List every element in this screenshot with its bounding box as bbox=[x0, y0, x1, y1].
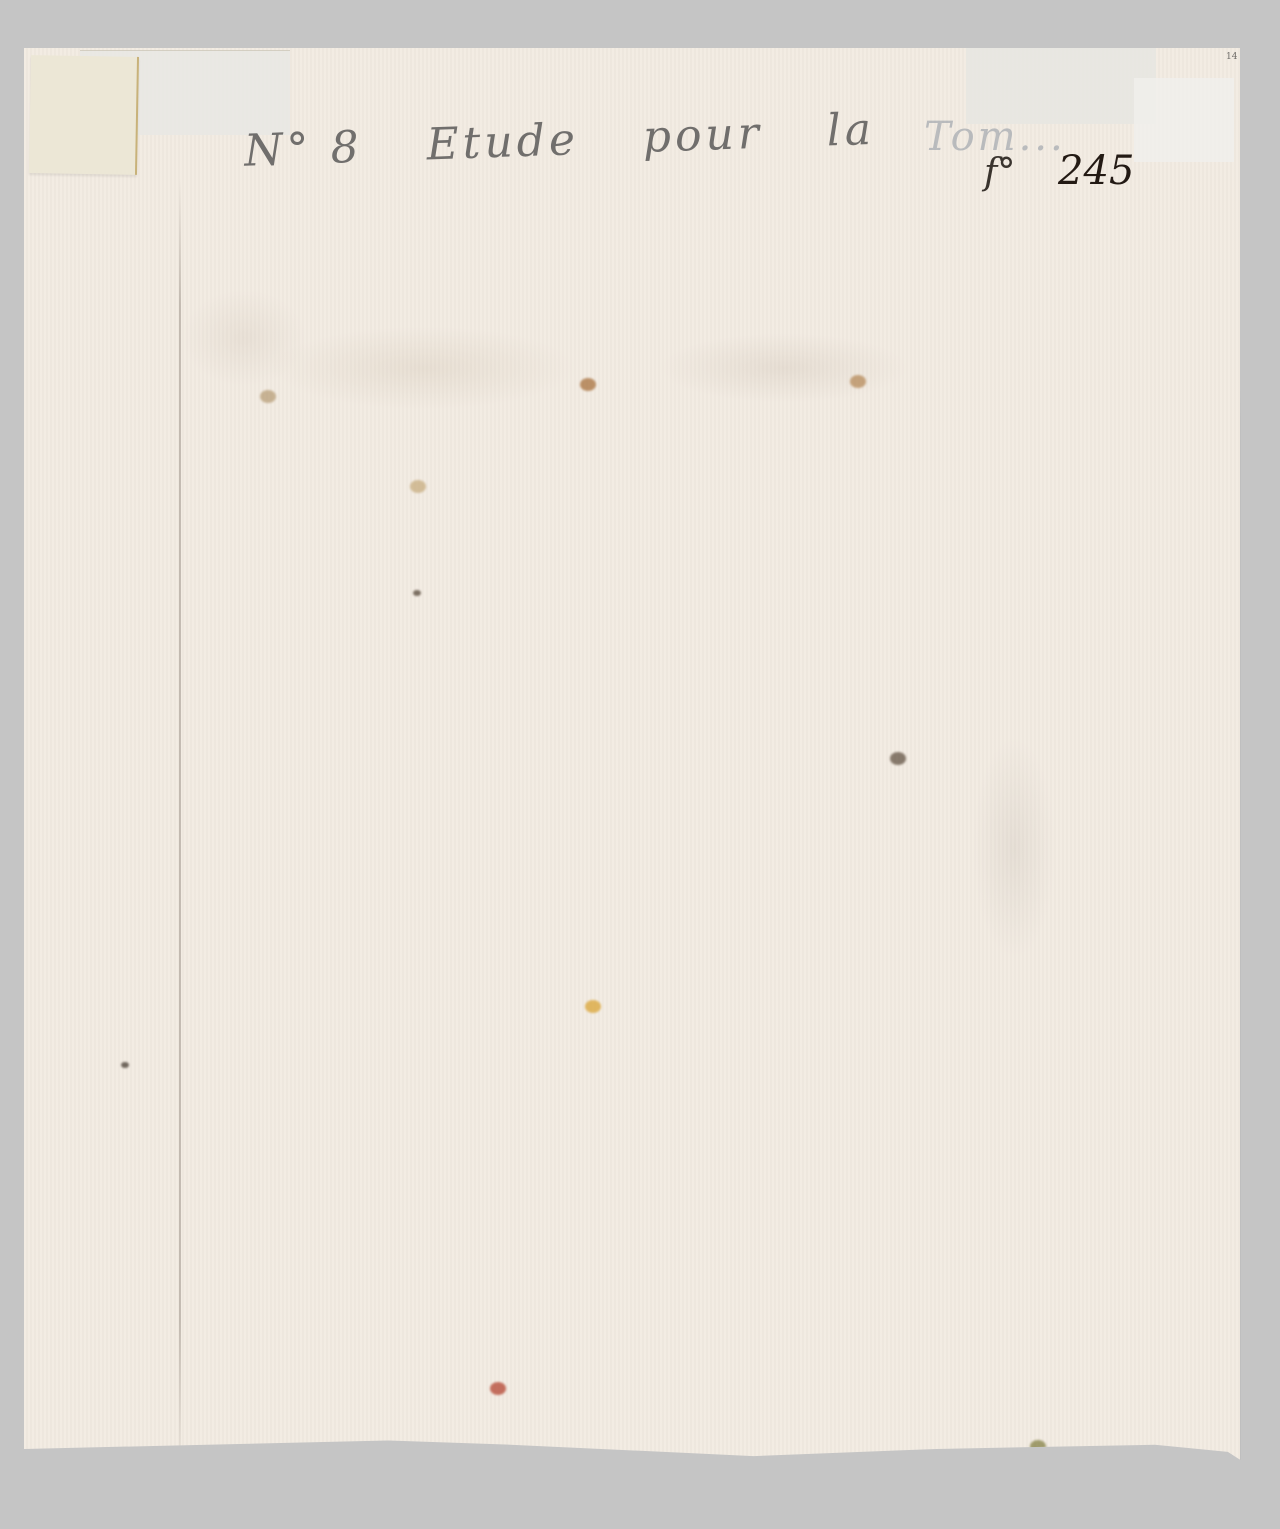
inscription-word-etude: Etude bbox=[426, 114, 580, 170]
folio-number: 245 bbox=[1058, 148, 1134, 194]
tape-hinge-left bbox=[29, 55, 139, 175]
paper-sheet: N° 8 Etude pour la Tom... f° 245 14 bbox=[24, 48, 1240, 1466]
stain-spot bbox=[850, 375, 866, 388]
inscription-word-pour: pour bbox=[642, 108, 764, 163]
fold-line bbox=[179, 178, 181, 1448]
stain-spot bbox=[580, 378, 596, 391]
inscription-number: N° 8 bbox=[243, 122, 363, 177]
paper-texture bbox=[24, 48, 1240, 1466]
corner-mark: 14 bbox=[1226, 52, 1237, 62]
tape-strip-right bbox=[966, 48, 1156, 124]
stain-spot bbox=[410, 480, 426, 493]
stain-spot bbox=[890, 752, 906, 765]
tape-strip-right-small bbox=[1134, 78, 1234, 162]
stain-spot bbox=[260, 390, 276, 403]
stain-spot bbox=[585, 1000, 601, 1013]
stain-spot bbox=[1030, 1440, 1046, 1453]
stain-spot bbox=[490, 1382, 506, 1395]
folio-mark: f° bbox=[984, 152, 1015, 193]
ink-inscription: f° 245 bbox=[984, 148, 1134, 194]
inscription-word-la: la bbox=[826, 104, 876, 157]
